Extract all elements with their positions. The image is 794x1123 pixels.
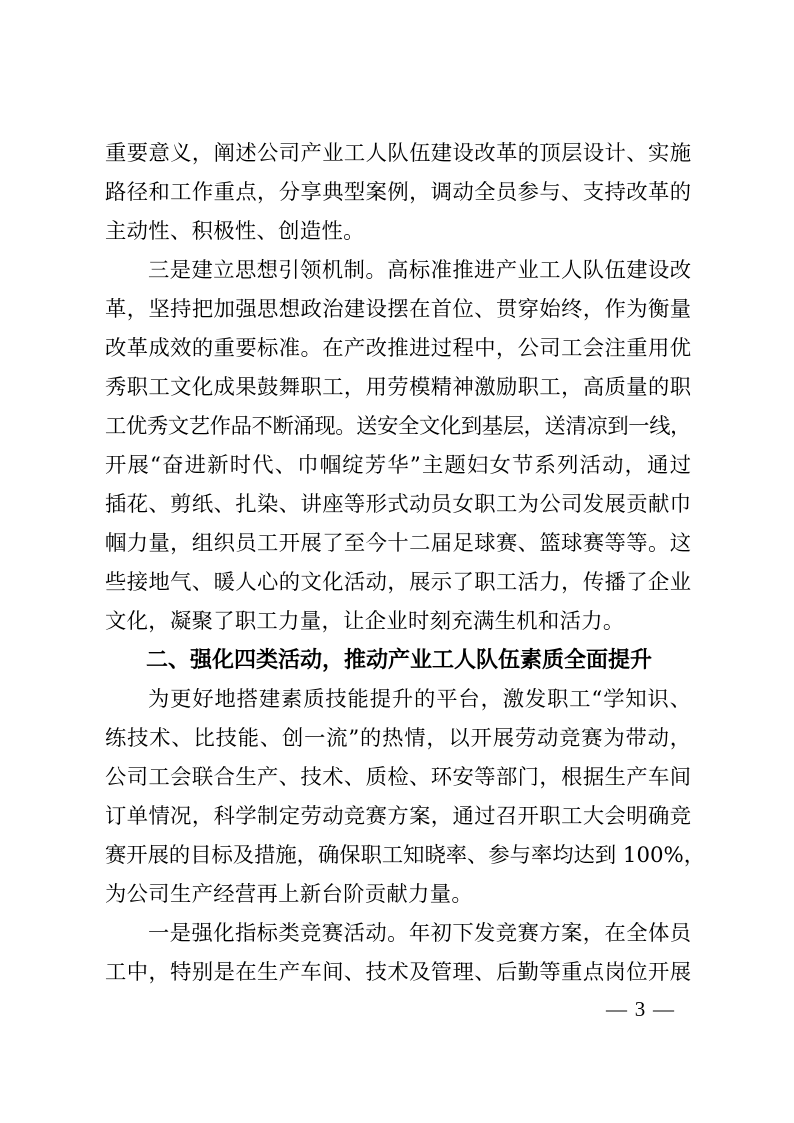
page-number-dash-left: — — [606, 992, 627, 1026]
text-line: 秀职工文化成果鼓舞职工，用劳模精神激励职工，高质量的职 — [105, 368, 691, 407]
text-line: 工优秀文艺作品不断涌现。送安全文化到基层，送清凉到一线， — [105, 407, 691, 446]
text-line: 一是强化指标类竞赛活动。年初下发竞赛方案，在全体员 — [105, 914, 691, 953]
document-page: 重要意义，阐述公司产业工人队伍建设改革的顶层设计、实施 路径和工作重点，分享典型… — [0, 0, 794, 1123]
text-line: 路径和工作重点，分享典型案例，调动全员参与、支持改革的 — [105, 173, 691, 212]
text-line: 革，坚持把加强思想政治建设摆在首位、贯穿始终，作为衡量 — [105, 290, 691, 329]
paragraph: 三是建立思想引领机制。高标准推进产业工人队伍建设改 革，坚持把加强思想政治建设摆… — [105, 251, 691, 641]
text-line: 为更好地搭建素质技能提升的平台，激发职工“学知识、 — [105, 680, 691, 719]
paragraph: 一是强化指标类竞赛活动。年初下发竞赛方案，在全体员 工中，特别是在生产车间、技术… — [105, 914, 691, 992]
section-heading: 二、强化四类活动，推动产业工人队伍素质全面提升 — [105, 641, 691, 680]
text-line: 些接地气、暖人心的文化活动，展示了职工活力，传播了企业 — [105, 563, 691, 602]
text-line: 公司工会联合生产、技术、质检、环安等部门，根据生产车间 — [105, 758, 691, 797]
text-line: 开展“奋进新时代、巾帼绽芳华”主题妇女节系列活动，通过 — [105, 446, 691, 485]
text-line: 练技术、比技能、创一流”的热情，以开展劳动竞赛为带动， — [105, 719, 691, 758]
page-number-value: 3 — [635, 992, 646, 1026]
text-line: 三是建立思想引领机制。高标准推进产业工人队伍建设改 — [105, 251, 691, 290]
text-line: 改革成效的重要标准。在产改推进过程中，公司工会注重用优 — [105, 329, 691, 368]
text-line: 重要意义，阐述公司产业工人队伍建设改革的顶层设计、实施 — [105, 134, 691, 173]
page-number: — 3 — — [606, 992, 674, 1026]
text-line: 为公司生产经营再上新台阶贡献力量。 — [105, 875, 691, 914]
text-line: 插花、剪纸、扎染、讲座等形式动员女职工为公司发展贡献巾 — [105, 485, 691, 524]
paragraph: 重要意义，阐述公司产业工人队伍建设改革的顶层设计、实施 路径和工作重点，分享典型… — [105, 134, 691, 251]
text-line: 订单情况，科学制定劳动竞赛方案，通过召开职工大会明确竞 — [105, 797, 691, 836]
text-line: 赛开展的目标及措施，确保职工知晓率、参与率均达到 100%， — [105, 836, 691, 875]
text-line: 工中，特别是在生产车间、技术及管理、后勤等重点岗位开展 — [105, 953, 691, 992]
text-line: 主动性、积极性、创造性。 — [105, 212, 691, 251]
text-line: 帼力量，组织员工开展了至今十二届足球赛、篮球赛等等。这 — [105, 524, 691, 563]
text-line: 文化，凝聚了职工力量，让企业时刻充满生机和活力。 — [105, 602, 691, 641]
body-text: 重要意义，阐述公司产业工人队伍建设改革的顶层设计、实施 路径和工作重点，分享典型… — [105, 134, 691, 992]
page-number-dash-right: — — [653, 992, 674, 1026]
paragraph: 为更好地搭建素质技能提升的平台，激发职工“学知识、 练技术、比技能、创一流”的热… — [105, 680, 691, 914]
